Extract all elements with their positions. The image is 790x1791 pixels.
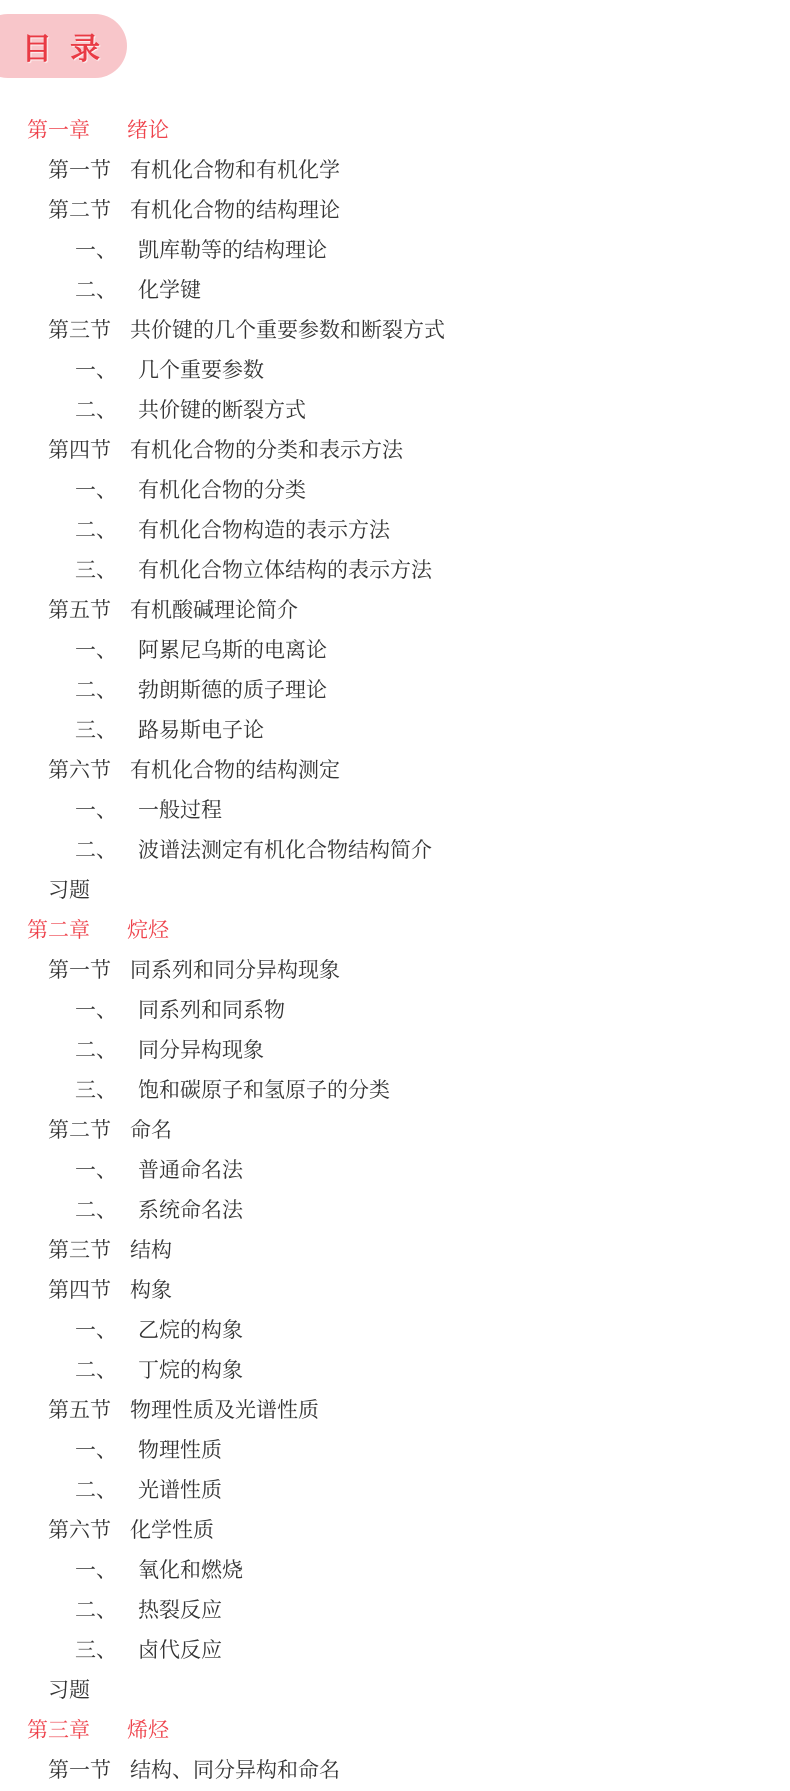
toc-entry-label: 第三节 [48,1231,130,1271]
toc-entry-sub[interactable]: 一、同系列和同系物 [0,991,790,1031]
toc-entry-label: 二、 [75,391,138,431]
toc-entry-label: 二、 [75,1471,138,1511]
toc-entry-title: 热裂反应 [138,1591,222,1631]
toc-entry-title: 有机化合物立体结构的表示方法 [138,551,432,591]
toc-entry-section[interactable]: 第四节有机化合物的分类和表示方法 [0,431,790,471]
toc-entry-label: 一、 [75,1151,138,1191]
toc-entry-section[interactable]: 第二节有机化合物的结构理论 [0,191,790,231]
toc-entry-title: 绪论 [127,111,169,151]
toc-entry-title: 一般过程 [138,791,222,831]
toc-entry-title: 结构 [130,1231,172,1271]
toc-entry-sub[interactable]: 二、丁烷的构象 [0,1351,790,1391]
toc-entry-label: 第三节 [48,311,130,351]
toc-entry-label: 第五节 [48,591,130,631]
toc-entry-exercise[interactable]: 习题 [0,1671,790,1711]
toc-entry-title: 系统命名法 [138,1191,243,1231]
toc-entry-sub[interactable]: 三、路易斯电子论 [0,711,790,751]
toc-entry-section[interactable]: 第五节有机酸碱理论简介 [0,591,790,631]
toc-entry-label: 一、 [75,471,138,511]
toc-entry-sub[interactable]: 一、氧化和燃烧 [0,1551,790,1591]
toc-entry-label: 第一节 [48,951,130,991]
toc-entry-chapter[interactable]: 第三章烯烃 [0,1711,790,1751]
toc-entry-title: 构象 [130,1271,172,1311]
toc-entry-label: 三、 [75,1071,138,1111]
toc-entry-sub[interactable]: 一、有机化合物的分类 [0,471,790,511]
toc-entry-label: 第五节 [48,1391,130,1431]
toc-entry-sub[interactable]: 三、卤代反应 [0,1631,790,1671]
toc-entry-title: 共价键的断裂方式 [138,391,306,431]
toc-entry-label: 三、 [75,551,138,591]
toc-entry-title: 波谱法测定有机化合物结构简介 [138,831,432,871]
toc-entry-title: 路易斯电子论 [138,711,264,751]
toc-entry-section[interactable]: 第五节物理性质及光谱性质 [0,1391,790,1431]
toc-entry-section[interactable]: 第六节有机化合物的结构测定 [0,751,790,791]
toc-entry-section[interactable]: 第三节共价键的几个重要参数和断裂方式 [0,311,790,351]
toc-entry-label: 一、 [75,991,138,1031]
toc-entry-chapter[interactable]: 第二章烷烃 [0,911,790,951]
toc-entry-title: 几个重要参数 [138,351,264,391]
toc-page: 目 录 第一章绪论第一节有机化合物和有机化学第二节有机化合物的结构理论一、凯库勒… [0,0,790,1791]
toc-entry-sub[interactable]: 二、化学键 [0,271,790,311]
toc-title: 目 录 [22,24,105,68]
toc-entry-exercise[interactable]: 习题 [0,871,790,911]
toc-entry-sub[interactable]: 二、同分异构现象 [0,1031,790,1071]
toc-list: 第一章绪论第一节有机化合物和有机化学第二节有机化合物的结构理论一、凯库勒等的结构… [0,111,790,1791]
toc-entry-label: 一、 [75,791,138,831]
toc-entry-label: 第六节 [48,751,130,791]
toc-entry-section[interactable]: 第一节同系列和同分异构现象 [0,951,790,991]
toc-entry-title: 同系列和同系物 [138,991,285,1031]
toc-entry-sub[interactable]: 二、勃朗斯德的质子理论 [0,671,790,711]
toc-entry-title: 勃朗斯德的质子理论 [138,671,327,711]
toc-entry-sub[interactable]: 二、热裂反应 [0,1591,790,1631]
toc-entry-sub[interactable]: 三、饱和碳原子和氢原子的分类 [0,1071,790,1111]
toc-entry-label: 第三章 [27,1711,127,1751]
toc-entry-sub[interactable]: 一、几个重要参数 [0,351,790,391]
toc-entry-label: 第一章 [27,111,127,151]
toc-entry-title: 有机化合物的结构理论 [130,191,340,231]
toc-entry-sub[interactable]: 二、波谱法测定有机化合物结构简介 [0,831,790,871]
toc-entry-title: 有机化合物的分类 [138,471,306,511]
toc-entry-label: 三、 [75,1631,138,1671]
toc-entry-title: 卤代反应 [138,1631,222,1671]
toc-entry-label: 二、 [75,1591,138,1631]
toc-entry-label: 一、 [75,1431,138,1471]
toc-entry-label: 第四节 [48,431,130,471]
toc-entry-title: 丁烷的构象 [138,1351,243,1391]
toc-entry-sub[interactable]: 二、有机化合物构造的表示方法 [0,511,790,551]
toc-entry-title: 习题 [48,1671,90,1711]
toc-entry-sub[interactable]: 三、有机化合物立体结构的表示方法 [0,551,790,591]
toc-entry-section[interactable]: 第三节结构 [0,1231,790,1271]
toc-entry-title: 有机化合物的结构测定 [130,751,340,791]
toc-entry-sub[interactable]: 二、共价键的断裂方式 [0,391,790,431]
toc-entry-title: 物理性质及光谱性质 [130,1391,319,1431]
toc-entry-sub[interactable]: 一、阿累尼乌斯的电离论 [0,631,790,671]
toc-entry-section[interactable]: 第四节构象 [0,1271,790,1311]
toc-entry-title: 烷烃 [127,911,169,951]
toc-entry-title: 烯烃 [127,1711,169,1751]
toc-entry-section[interactable]: 第二节命名 [0,1111,790,1151]
toc-entry-title: 同系列和同分异构现象 [130,951,340,991]
toc-entry-section[interactable]: 第一节结构、同分异构和命名 [0,1751,790,1791]
toc-entry-title: 普通命名法 [138,1151,243,1191]
toc-entry-label: 一、 [75,1311,138,1351]
toc-entry-label: 第二节 [48,1111,130,1151]
toc-entry-title: 阿累尼乌斯的电离论 [138,631,327,671]
toc-entry-label: 二、 [75,271,138,311]
toc-entry-title: 有机酸碱理论简介 [130,591,298,631]
toc-entry-title: 化学性质 [130,1511,214,1551]
toc-entry-sub[interactable]: 一、凯库勒等的结构理论 [0,231,790,271]
toc-entry-chapter[interactable]: 第一章绪论 [0,111,790,151]
toc-entry-title: 有机化合物的分类和表示方法 [130,431,403,471]
toc-entry-label: 二、 [75,1031,138,1071]
toc-entry-title: 光谱性质 [138,1471,222,1511]
toc-entry-label: 第二节 [48,191,130,231]
toc-entry-label: 三、 [75,711,138,751]
toc-entry-title: 凯库勒等的结构理论 [138,231,327,271]
toc-entry-sub[interactable]: 一、物理性质 [0,1431,790,1471]
toc-entry-title: 氧化和燃烧 [138,1551,243,1591]
toc-entry-label: 二、 [75,511,138,551]
toc-entry-title: 结构、同分异构和命名 [130,1751,340,1791]
toc-entry-title: 化学键 [138,271,201,311]
toc-entry-label: 二、 [75,1351,138,1391]
toc-entry-sub[interactable]: 一、一般过程 [0,791,790,831]
toc-entry-sub[interactable]: 一、乙烷的构象 [0,1311,790,1351]
toc-entry-title: 物理性质 [138,1431,222,1471]
toc-entry-label: 第四节 [48,1271,130,1311]
toc-entry-label: 一、 [75,1551,138,1591]
toc-title-badge: 目 录 [0,14,127,78]
toc-entry-title: 有机化合物构造的表示方法 [138,511,390,551]
toc-entry-label: 二、 [75,671,138,711]
toc-entry-sub[interactable]: 二、光谱性质 [0,1471,790,1511]
toc-entry-label: 一、 [75,351,138,391]
toc-entry-label: 第六节 [48,1511,130,1551]
toc-entry-label: 第一节 [48,1751,130,1791]
toc-entry-title: 共价键的几个重要参数和断裂方式 [130,311,445,351]
toc-entry-label: 一、 [75,231,138,271]
toc-entry-title: 乙烷的构象 [138,1311,243,1351]
toc-entry-label: 二、 [75,1191,138,1231]
toc-entry-title: 同分异构现象 [138,1031,264,1071]
toc-entry-title: 有机化合物和有机化学 [130,151,340,191]
toc-entry-label: 二、 [75,831,138,871]
toc-entry-title: 饱和碳原子和氢原子的分类 [138,1071,390,1111]
toc-entry-section[interactable]: 第一节有机化合物和有机化学 [0,151,790,191]
toc-entry-label: 第一节 [48,151,130,191]
toc-entry-sub[interactable]: 二、系统命名法 [0,1191,790,1231]
toc-entry-label: 第二章 [27,911,127,951]
toc-entry-title: 命名 [130,1111,172,1151]
toc-entry-title: 习题 [48,871,90,911]
toc-entry-sub[interactable]: 一、普通命名法 [0,1151,790,1191]
toc-entry-label: 一、 [75,631,138,671]
toc-entry-section[interactable]: 第六节化学性质 [0,1511,790,1551]
